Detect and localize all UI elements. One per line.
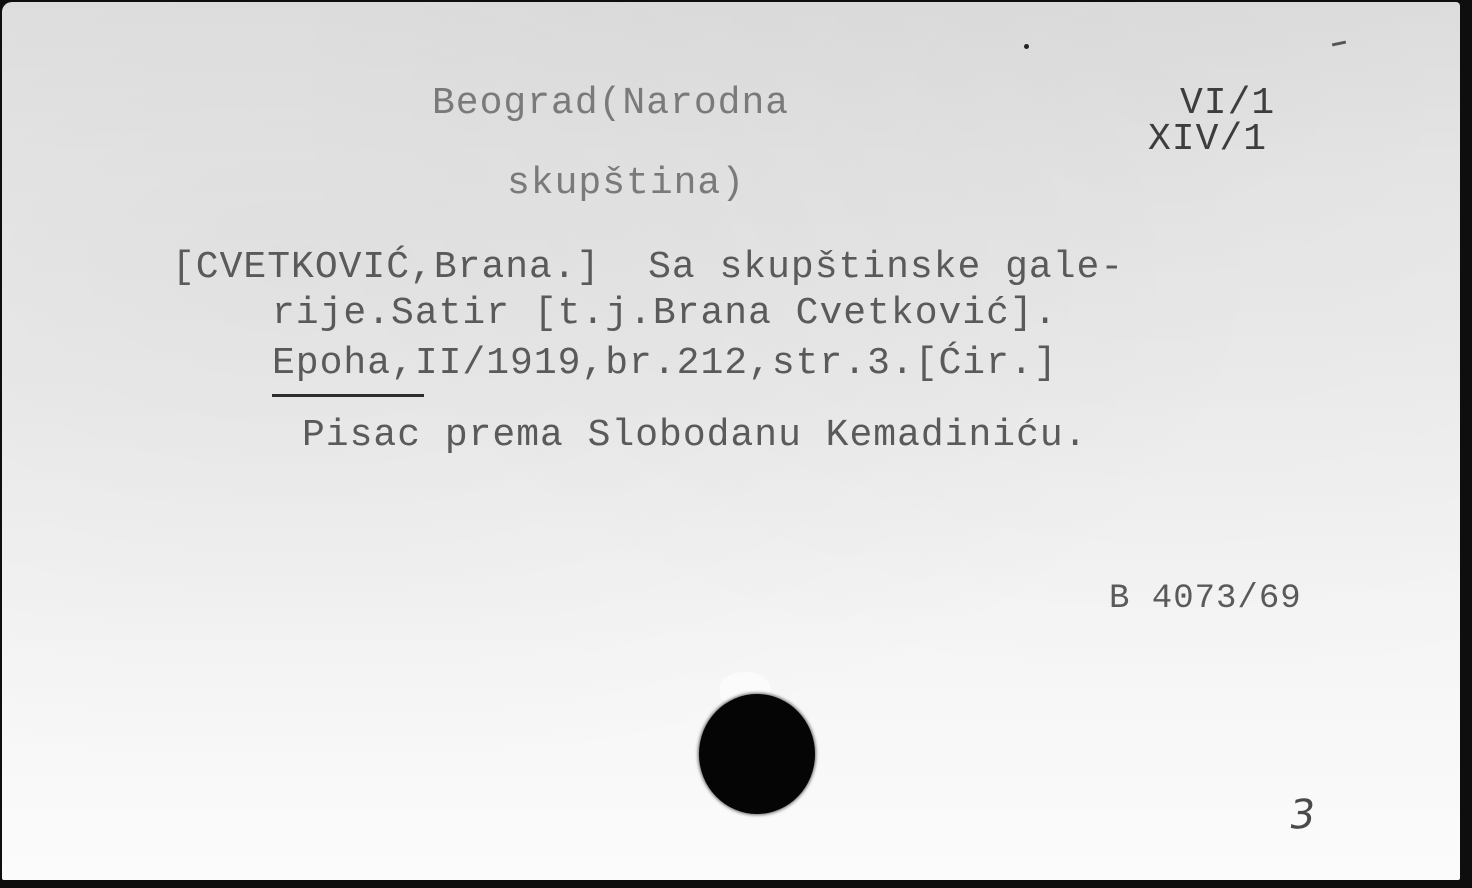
handwritten-card-number: 3 [1289,791,1317,838]
entry-author-title-line: [CVETKOVIĆ,Brana.] Sa skupštinske gale- [172,246,1124,290]
ink-dot [1024,44,1029,49]
classification-line2: XIV/1 [1148,118,1267,162]
entry-title-continuation-line: rije.Satir [t.j.Brana Cvetković]. [272,292,1058,336]
scan-frame: Beograd(Narodna skupština) VI/1 XIV/1 [C… [0,0,1472,888]
subject-heading-line2: skupština) [507,162,745,206]
call-number: B 4073/69 [1109,577,1302,621]
catalog-card: Beograd(Narodna skupština) VI/1 XIV/1 [C… [2,2,1460,880]
ink-dash [1332,41,1346,47]
subject-heading-line1: Beograd(Narodna [432,82,789,126]
source-underline [272,394,424,397]
attribution-note: Pisac prema Slobodanu Kemadiniću. [302,414,1088,458]
entry-source-line: Epoha,II/1919,br.212,str.3.[Ćir.] [272,342,1058,386]
punch-hole [699,694,815,814]
